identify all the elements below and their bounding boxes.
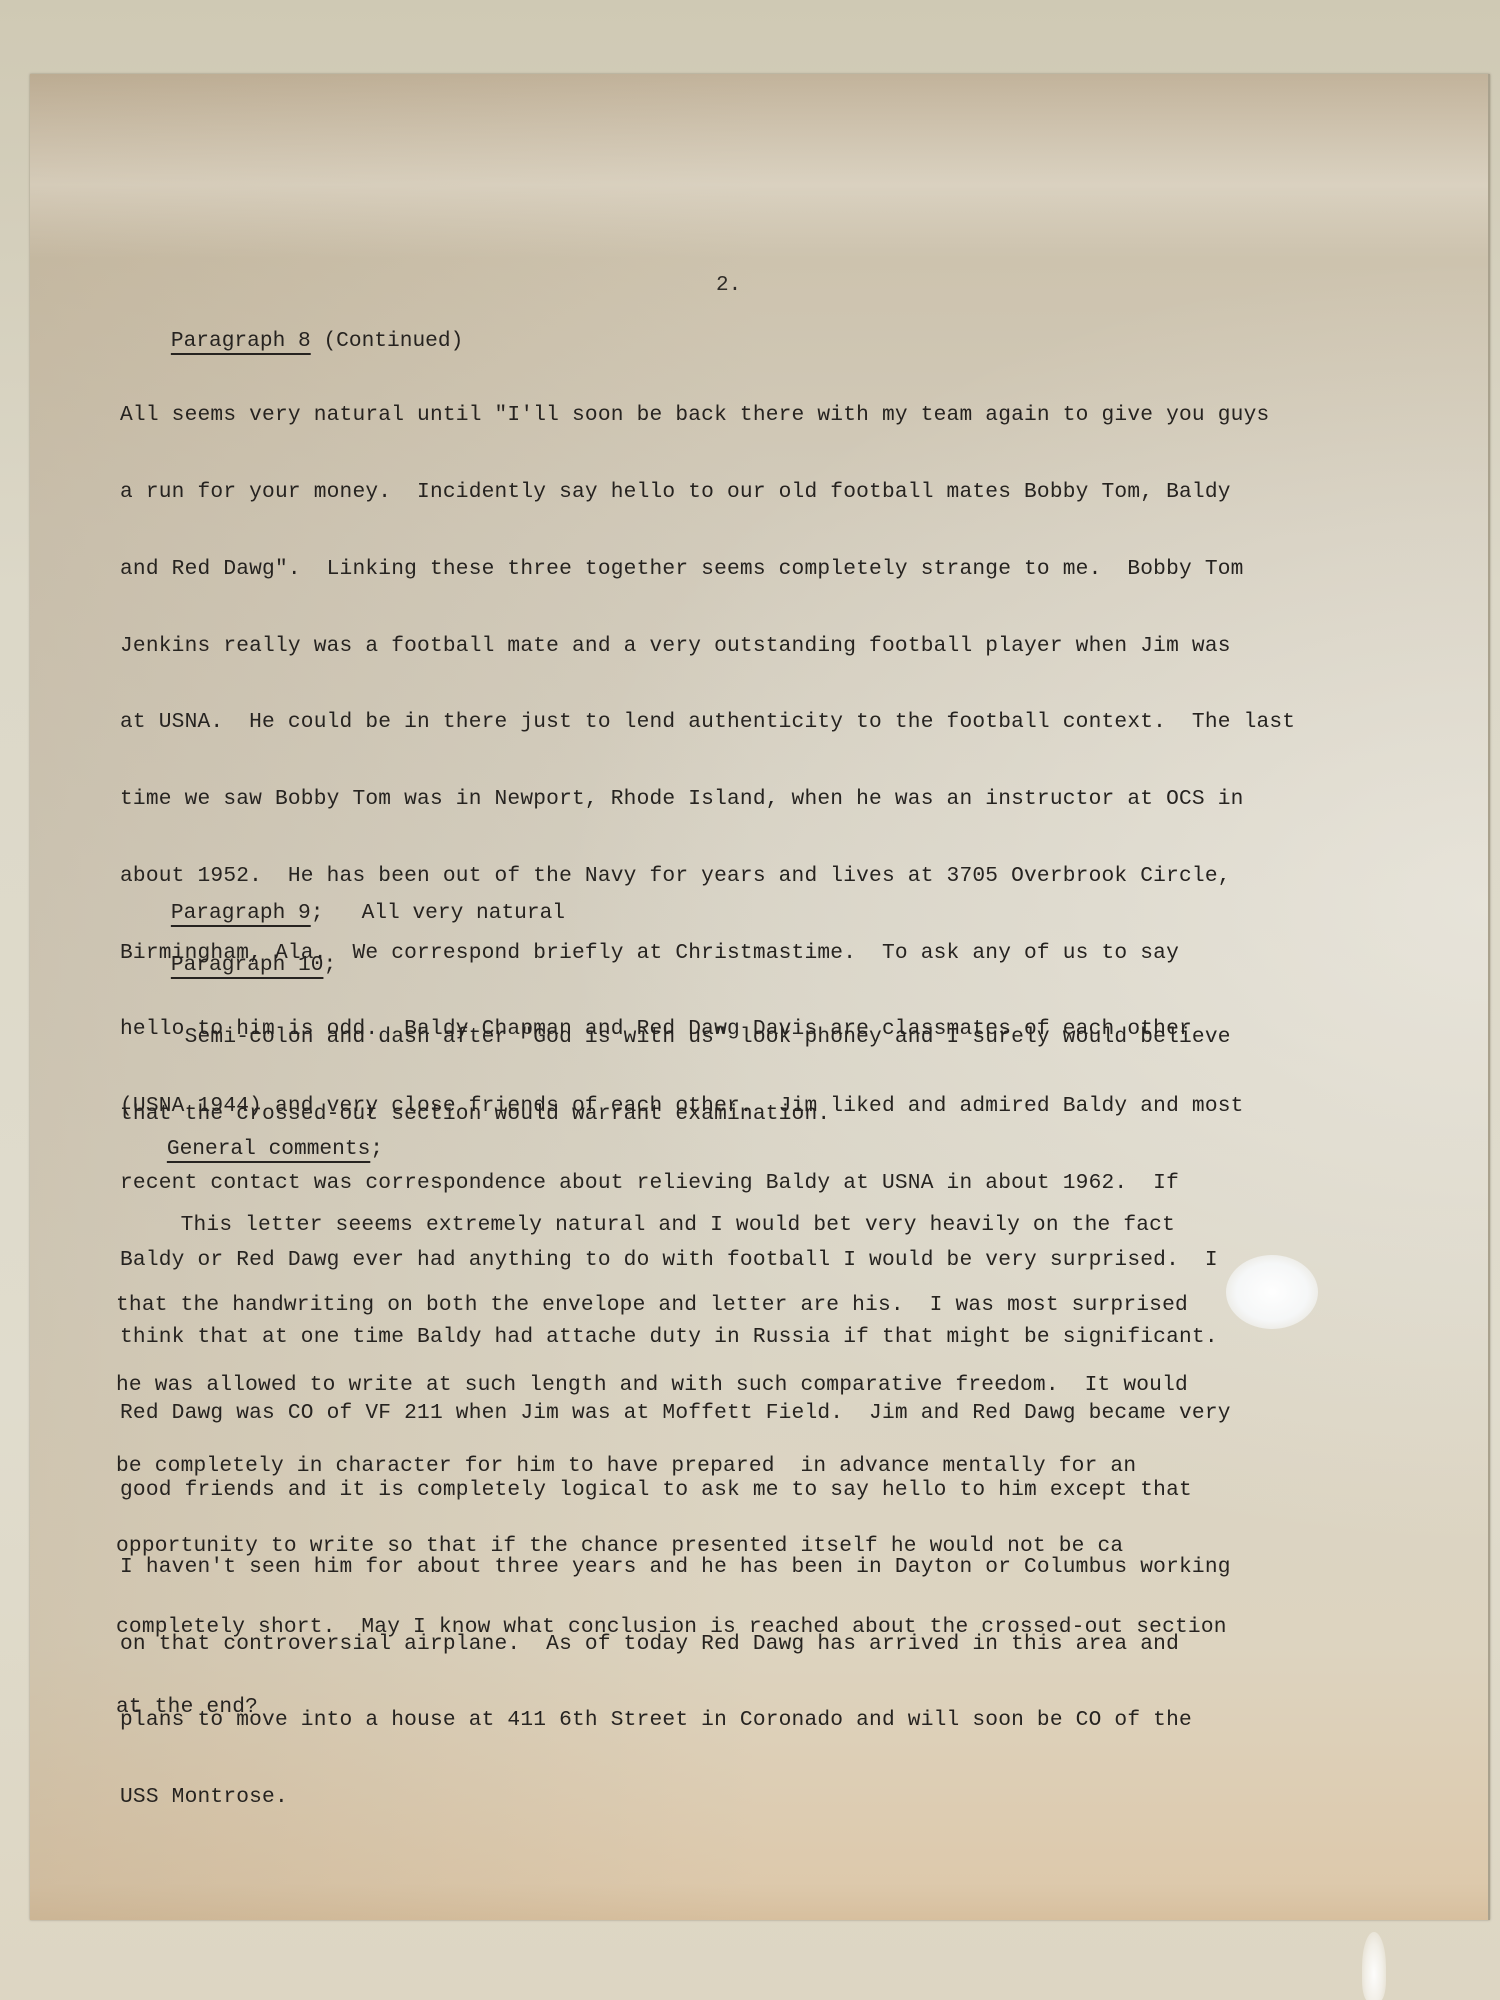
text-line: a run for your money. Incidently say hel… xyxy=(120,480,1295,506)
text-line: and Red Dawg". Linking these three toget… xyxy=(120,557,1295,583)
text-line: Semi-colon and dash after "God is with u… xyxy=(120,1025,1231,1051)
text-line: at USNA. He could be in there just to le… xyxy=(120,710,1295,736)
text-line: This letter seeems extremely natural and… xyxy=(116,1212,1227,1239)
text-line: be completely in character for him to ha… xyxy=(116,1453,1227,1480)
typed-document-page: 2. Paragraph 8 (Continued) All seems ver… xyxy=(30,74,1490,1920)
paragraph-8-heading-label: Paragraph 8 xyxy=(171,329,311,353)
text-line: completely short. May I know what conclu… xyxy=(116,1614,1227,1641)
paragraph-8-heading-suffix: (Continued) xyxy=(311,329,464,353)
text-line: time we saw Bobby Tom was in Newport, Rh… xyxy=(120,787,1295,813)
paragraph-9-heading-label: Paragraph 9 xyxy=(171,901,311,925)
text-line: Jenkins really was a football mate and a… xyxy=(120,634,1295,660)
page-number: 2. xyxy=(716,274,741,297)
paragraph-9-comment: ; All very natural xyxy=(311,901,565,925)
text-line: he was allowed to write at such length a… xyxy=(116,1372,1227,1399)
text-line: that the handwriting on both the envelop… xyxy=(116,1292,1227,1319)
text-line: at the end? xyxy=(116,1694,1227,1721)
text-line: USS Montrose. xyxy=(120,1785,1295,1811)
text-line: opportunity to write so that if the chan… xyxy=(116,1533,1227,1560)
text-line: All seems very natural until "I'll soon … xyxy=(120,403,1295,429)
light-glare-reflection xyxy=(1226,1255,1318,1329)
light-glare-reflection-bottom xyxy=(1362,1932,1386,2000)
general-comments-body: This letter seeems extremely natural and… xyxy=(116,1158,1227,1774)
